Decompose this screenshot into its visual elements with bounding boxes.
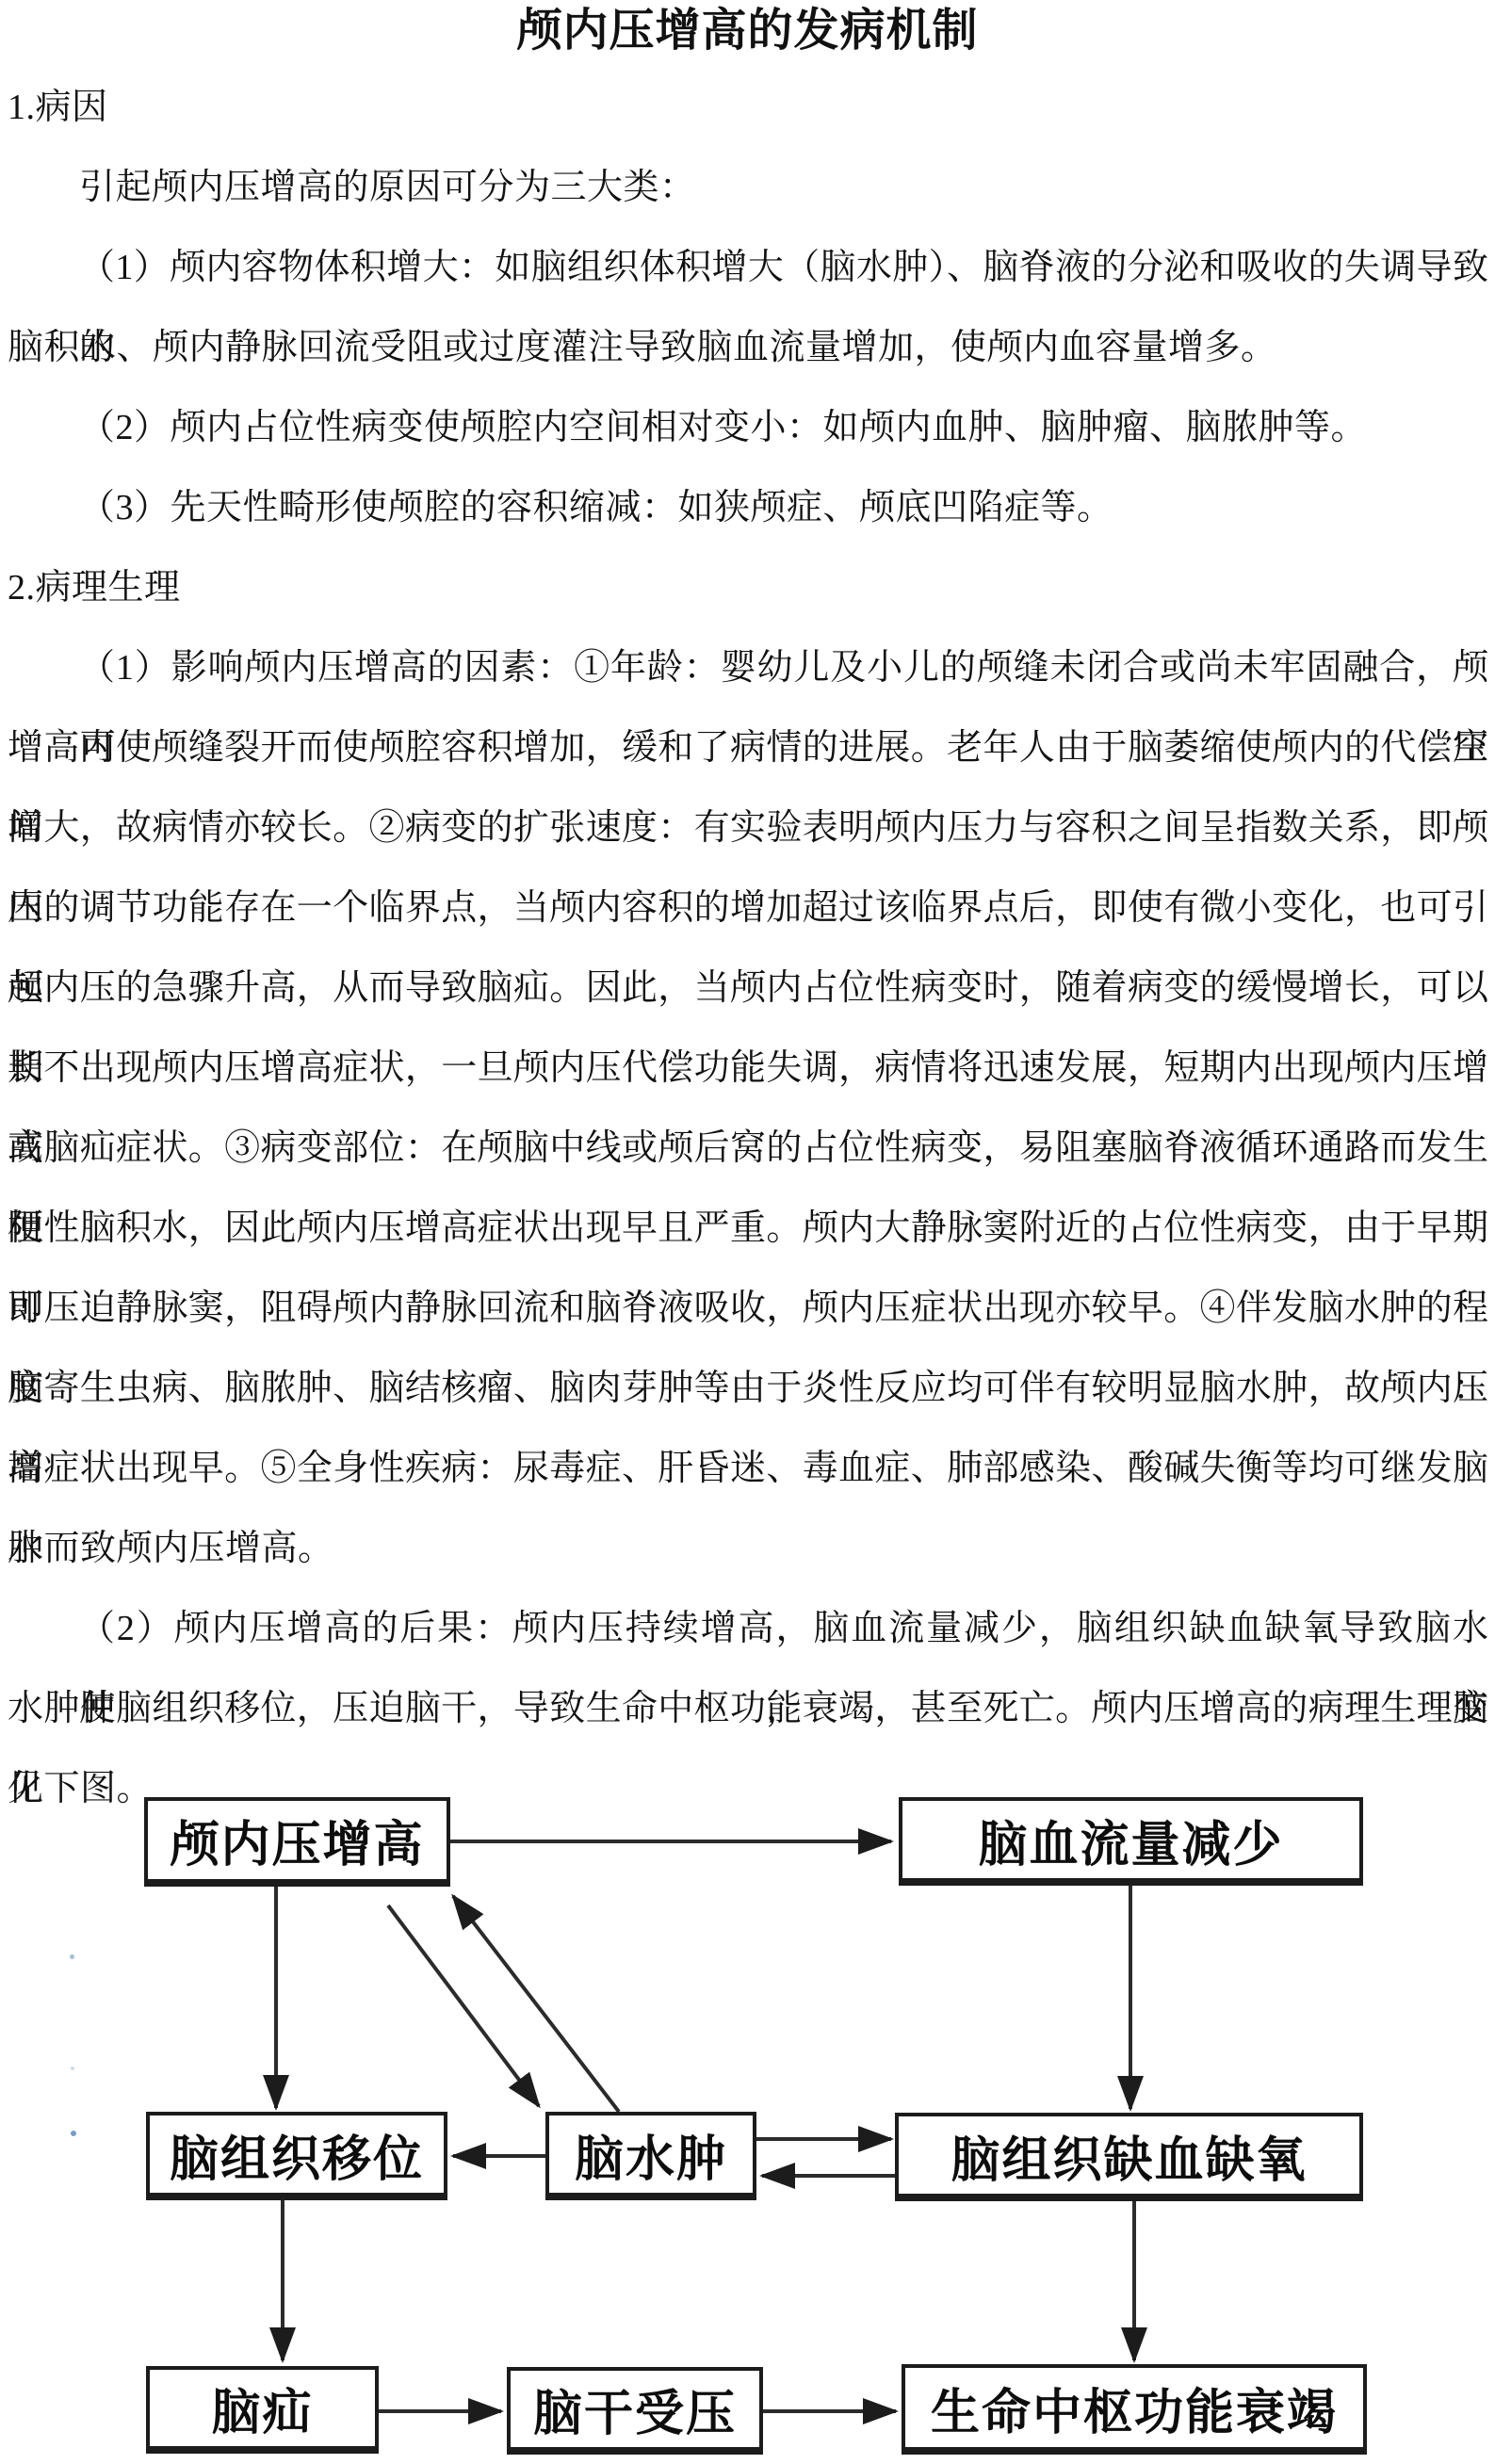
flow-arrow-edema-to-icp bbox=[453, 1896, 619, 2112]
text-line: 见下图。 bbox=[8, 1749, 1488, 1829]
text-line: 脑寄生虫病、脑脓肿、脑结核瘤、脑肉芽肿等由于炎性反应均可伴有较明显脑水肿，故颅内… bbox=[8, 1349, 1488, 1429]
text-line: 增高可使颅缝裂开而使颅腔容积增加，缓和了病情的进展。老年人由于脑萎缩使颅内的代偿… bbox=[8, 708, 1488, 788]
diagram-node-shift: 脑组织移位 bbox=[146, 2112, 447, 2200]
text-line: 颅内压的急骤升高，从而导致脑疝。因此，当颅内占位性病变时，随着病变的缓慢增长，可… bbox=[8, 948, 1488, 1029]
text-line: 水肿使脑组织移位，压迫脑干，导致生命中枢功能衰竭，甚至死亡。颅内压增高的病理生理… bbox=[8, 1669, 1488, 1749]
flow-arrow-icp-to-edema bbox=[388, 1905, 539, 2106]
diagram-node-failure: 生命中枢功能衰竭 bbox=[902, 2364, 1367, 2455]
text-line: （1）影响颅内压增高的因素：①年龄：婴幼儿及小儿的颅缝未闭合或尚未牢固融合，颅内… bbox=[8, 628, 1488, 708]
text-line: （3）先天性畸形使颅腔的容积缩减：如狭颅症、颅底凹陷症等。 bbox=[8, 468, 1488, 548]
text-line: 1.病因 bbox=[8, 68, 1488, 148]
text-line: 压的调节功能存在一个临界点，当颅内容积的增加超过该临界点后，即使有微小变化，也可… bbox=[8, 868, 1488, 948]
diagram-node-ischemia: 脑组织缺血缺氧 bbox=[895, 2113, 1363, 2201]
document-body: 1.病因引起颅内压增高的原因可分为三大类：（1）颅内容物体积增大：如脑组织体积增… bbox=[8, 68, 1488, 1829]
text-line: 2.病理生理 bbox=[8, 548, 1488, 628]
text-line: 可压迫静脉窦，阻碍颅内静脉回流和脑脊液吸收，颅内压症状出现亦较早。④伴发脑水肿的… bbox=[8, 1269, 1488, 1349]
document-page: 颅内压增高的发病机制 1.病因引起颅内压增高的原因可分为三大类：（1）颅内容物体… bbox=[0, 0, 1495, 2464]
text-line: （1）颅内容物体积增大：如脑组织体积增大（脑水肿）、脑脊液的分泌和吸收的失调导致… bbox=[8, 228, 1488, 308]
diagram-node-herniation: 脑疝 bbox=[146, 2366, 379, 2454]
text-line: （2）颅内占位性病变使颅腔内空间相对变小：如颅内血肿、脑肿瘤、脑脓肿等。 bbox=[8, 388, 1488, 468]
scan-artifact-dot bbox=[71, 2131, 76, 2136]
diagram-node-brainstem: 脑干受压 bbox=[507, 2367, 763, 2455]
text-line: 期不出现颅内压增高症状，一旦颅内压代偿功能失调，病情将迅速发展，短期内出现颅内压… bbox=[8, 1029, 1488, 1109]
text-line: 或脑疝症状。③病变部位：在颅脑中线或颅后窝的占位性病变，易阻塞脑脊液循环通路而发… bbox=[8, 1109, 1488, 1189]
text-line: 阻性脑积水，因此颅内压增高症状出现早且严重。颅内大静脉窦附近的占位性病变，由于早… bbox=[8, 1189, 1488, 1269]
text-line: 引起颅内压增高的原因可分为三大类： bbox=[8, 148, 1488, 228]
diagram-node-edema: 脑水肿 bbox=[545, 2112, 756, 2200]
scan-artifact-dot bbox=[70, 1954, 74, 1959]
text-line: 肿而致颅内压增高。 bbox=[8, 1509, 1488, 1589]
text-line: 增大，故病情亦较长。②病变的扩张速度：有实验表明颅内压力与容积之间呈指数关系，即… bbox=[8, 788, 1488, 868]
text-line: 脑积水、颅内静脉回流受阻或过度灌注导致脑血流量增加，使颅内血容量增多。 bbox=[8, 308, 1488, 388]
text-line: （2）颅内压增高的后果：颅内压持续增高，脑血流量减少，脑组织缺血缺氧导致脑水肿，… bbox=[8, 1589, 1488, 1669]
scan-artifact-dot bbox=[71, 2067, 74, 2070]
text-line: 高症状出现早。⑤全身性疾病：尿毒症、肝昏迷、毒血症、肺部感染、酸碱失衡等均可继发… bbox=[8, 1429, 1488, 1509]
page-title: 颅内压增高的发病机制 bbox=[0, 2, 1495, 60]
